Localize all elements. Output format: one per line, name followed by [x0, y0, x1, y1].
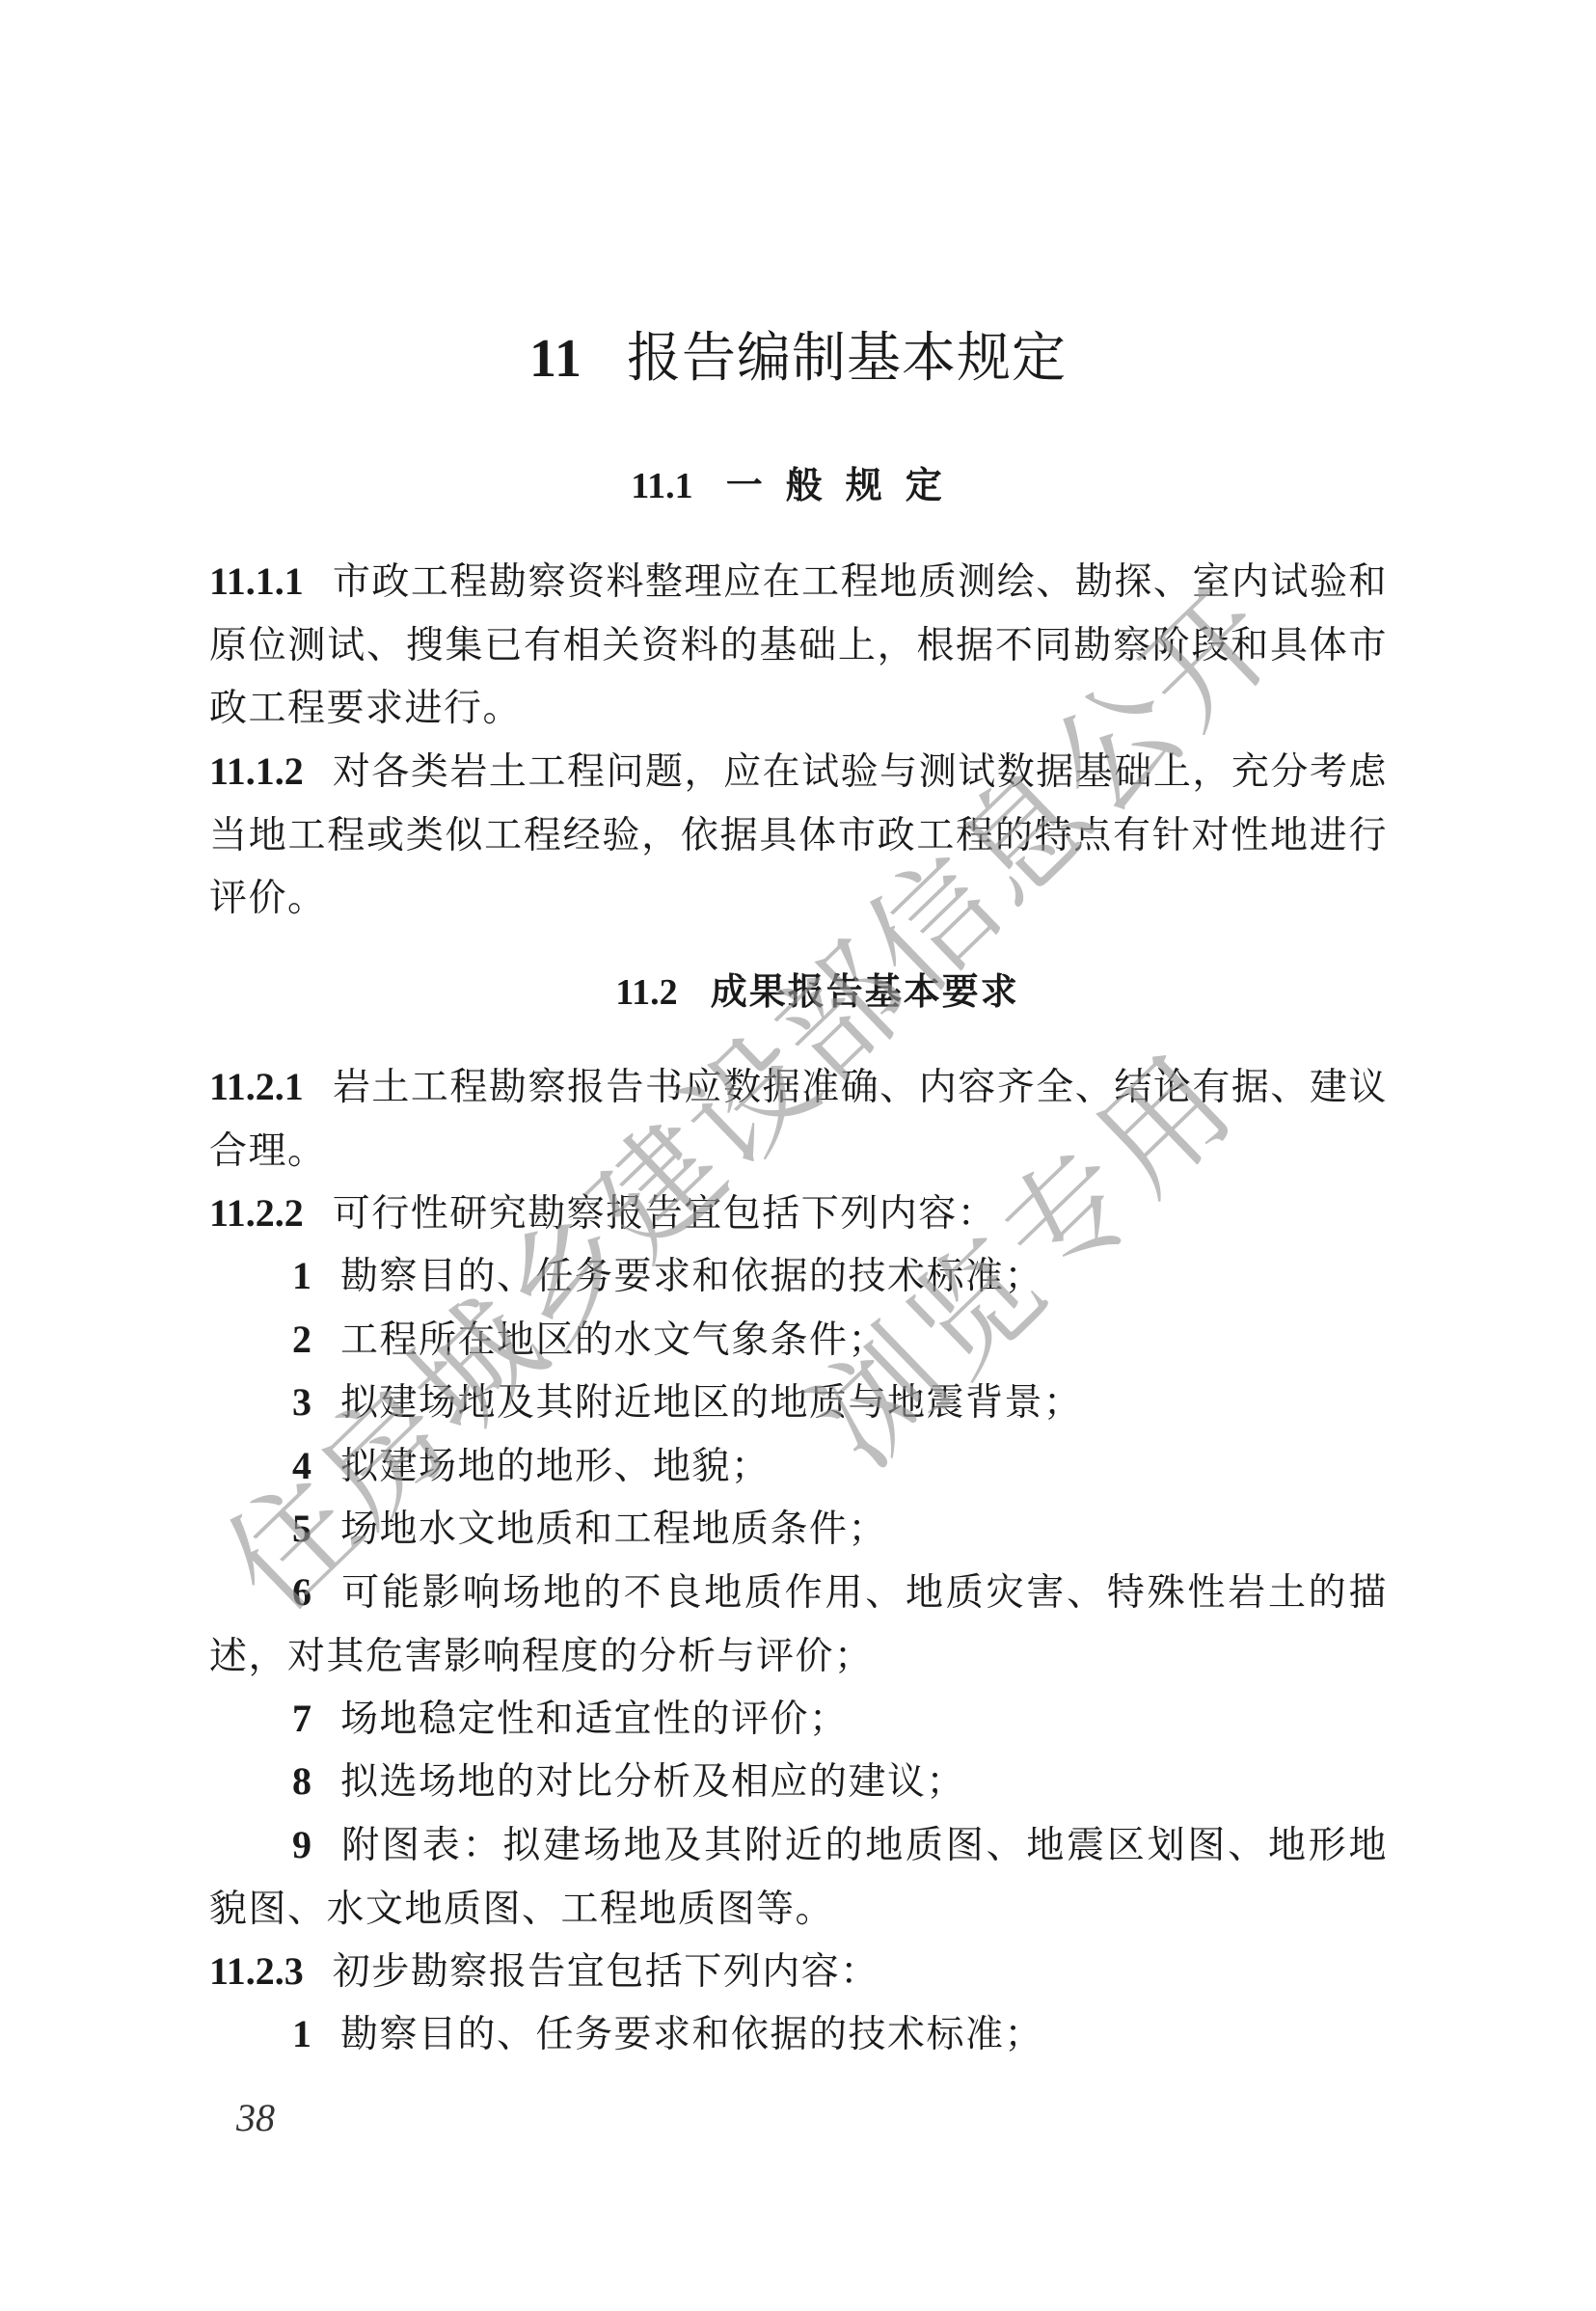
- list-item: 8拟选场地的对比分析及相应的建议；: [209, 1750, 1388, 1814]
- list-item: 6可能影响场地的不良地质作用、地质灾害、特殊性岩土的描述，对其危害影响程度的分析…: [209, 1561, 1388, 1688]
- clause-11-1-2: 11.1.2对各类岩土工程问题，应在试验与测试数据基础上，充分考虑当地工程或类似…: [209, 740, 1388, 931]
- item-text: 拟建场地的地形、地貌；: [340, 1445, 771, 1488]
- item-number: 1: [292, 2012, 311, 2055]
- clause-number: 11.1.2: [209, 749, 304, 793]
- clause-number: 11.1.1: [209, 559, 304, 603]
- chapter-title: 11报告编制基本规定: [0, 323, 1596, 394]
- clause-text: 可行性研究勘察报告宜包括下列内容：: [333, 1192, 997, 1236]
- clause-number: 11.2.1: [209, 1065, 304, 1108]
- item-number: 6: [292, 1570, 311, 1614]
- item-number: 4: [292, 1444, 311, 1487]
- section-number: 11.1: [631, 466, 692, 506]
- item-text: 可能影响场地的不良地质作用、地质灾害、特殊性岩土的描述，对其危害影响程度的分析与…: [209, 1571, 1388, 1678]
- list-item: 3拟建场地及其附近地区的地质与地震背景；: [209, 1371, 1388, 1435]
- clause-number: 11.2.3: [209, 1949, 304, 1993]
- clause-text: 市政工程勘察资料整理应在工程地质测绘、勘探、室内试验和原位测试、搜集已有相关资料…: [209, 560, 1388, 730]
- item-number: 7: [292, 1697, 311, 1740]
- list-item: 2工程所在地区的水文气象条件；: [209, 1308, 1388, 1373]
- clause-11-2-1: 11.2.1岩土工程勘察报告书应数据准确、内容齐全、结论有据、建议合理。: [209, 1055, 1388, 1183]
- page-number: 38: [236, 2095, 275, 2140]
- clause-text: 岩土工程勘察报告书应数据准确、内容齐全、结论有据、建议合理。: [209, 1066, 1388, 1173]
- list-item: 9附图表：拟建场地及其附近的地质图、地震区划图、地形地貌图、水文地质图、工程地质…: [209, 1813, 1388, 1941]
- list-item: 7场地稳定性和适宜性的评价；: [209, 1687, 1388, 1752]
- clause-11-2-3: 11.2.3初步勘察报告宜包括下列内容：: [209, 1940, 1388, 2004]
- section-heading-11-1: 11.1一般规定: [0, 461, 1596, 510]
- item-text: 勘察目的、任务要求和依据的技术标准；: [340, 2013, 1043, 2056]
- item-number: 8: [292, 1759, 311, 1803]
- item-text: 附图表：拟建场地及其附近的地质图、地震区划图、地形地貌图、水文地质图、工程地质图…: [209, 1824, 1388, 1931]
- item-text: 工程所在地区的水文气象条件；: [340, 1319, 887, 1362]
- clause-text: 对各类岩土工程问题，应在试验与测试数据基础上，充分考虑当地工程或类似工程经验，依…: [209, 750, 1388, 920]
- list-item: 4拟建场地的地形、地貌；: [209, 1434, 1388, 1499]
- item-number: 5: [292, 1507, 311, 1550]
- item-number: 9: [292, 1823, 311, 1866]
- list-item: 1勘察目的、任务要求和依据的技术标准；: [209, 1244, 1388, 1309]
- list-item: 1勘察目的、任务要求和依据的技术标准；: [209, 2002, 1388, 2067]
- item-number: 1: [292, 1254, 311, 1297]
- chapter-number: 11: [529, 329, 582, 389]
- item-text: 勘察目的、任务要求和依据的技术标准；: [340, 1255, 1043, 1298]
- section-heading-11-2: 11.2成果报告基本要求: [19, 967, 1596, 1017]
- page-content: 11报告编制基本规定 11.1一般规定 11.1.1市政工程勘察资料整理应在工程…: [0, 0, 1596, 2311]
- document-page: 11报告编制基本规定 11.1一般规定 11.1.1市政工程勘察资料整理应在工程…: [0, 0, 1596, 2311]
- clause-number: 11.2.2: [209, 1191, 304, 1235]
- clause-11-1-1: 11.1.1市政工程勘察资料整理应在工程地质测绘、勘探、室内试验和原位测试、搜集…: [209, 550, 1388, 741]
- item-text: 场地稳定性和适宜性的评价；: [340, 1698, 849, 1741]
- list-item: 5场地水文地质和工程地质条件；: [209, 1497, 1388, 1562]
- section-title-text: 成果报告基本要求: [711, 970, 1019, 1013]
- item-text: 拟选场地的对比分析及相应的建议；: [340, 1760, 965, 1804]
- clause-text: 初步勘察报告宜包括下列内容：: [333, 1950, 879, 1994]
- clause-11-2-2: 11.2.2可行性研究勘察报告宜包括下列内容：: [209, 1182, 1388, 1246]
- section-title-text: 一般规定: [726, 463, 965, 506]
- item-text: 场地水文地质和工程地质条件；: [340, 1508, 887, 1551]
- item-number: 3: [292, 1380, 311, 1424]
- item-number: 2: [292, 1318, 311, 1361]
- section-number: 11.2: [615, 972, 677, 1013]
- item-text: 拟建场地及其附近地区的地质与地震背景；: [340, 1381, 1083, 1425]
- chapter-title-text: 报告编制基本规定: [627, 327, 1067, 390]
